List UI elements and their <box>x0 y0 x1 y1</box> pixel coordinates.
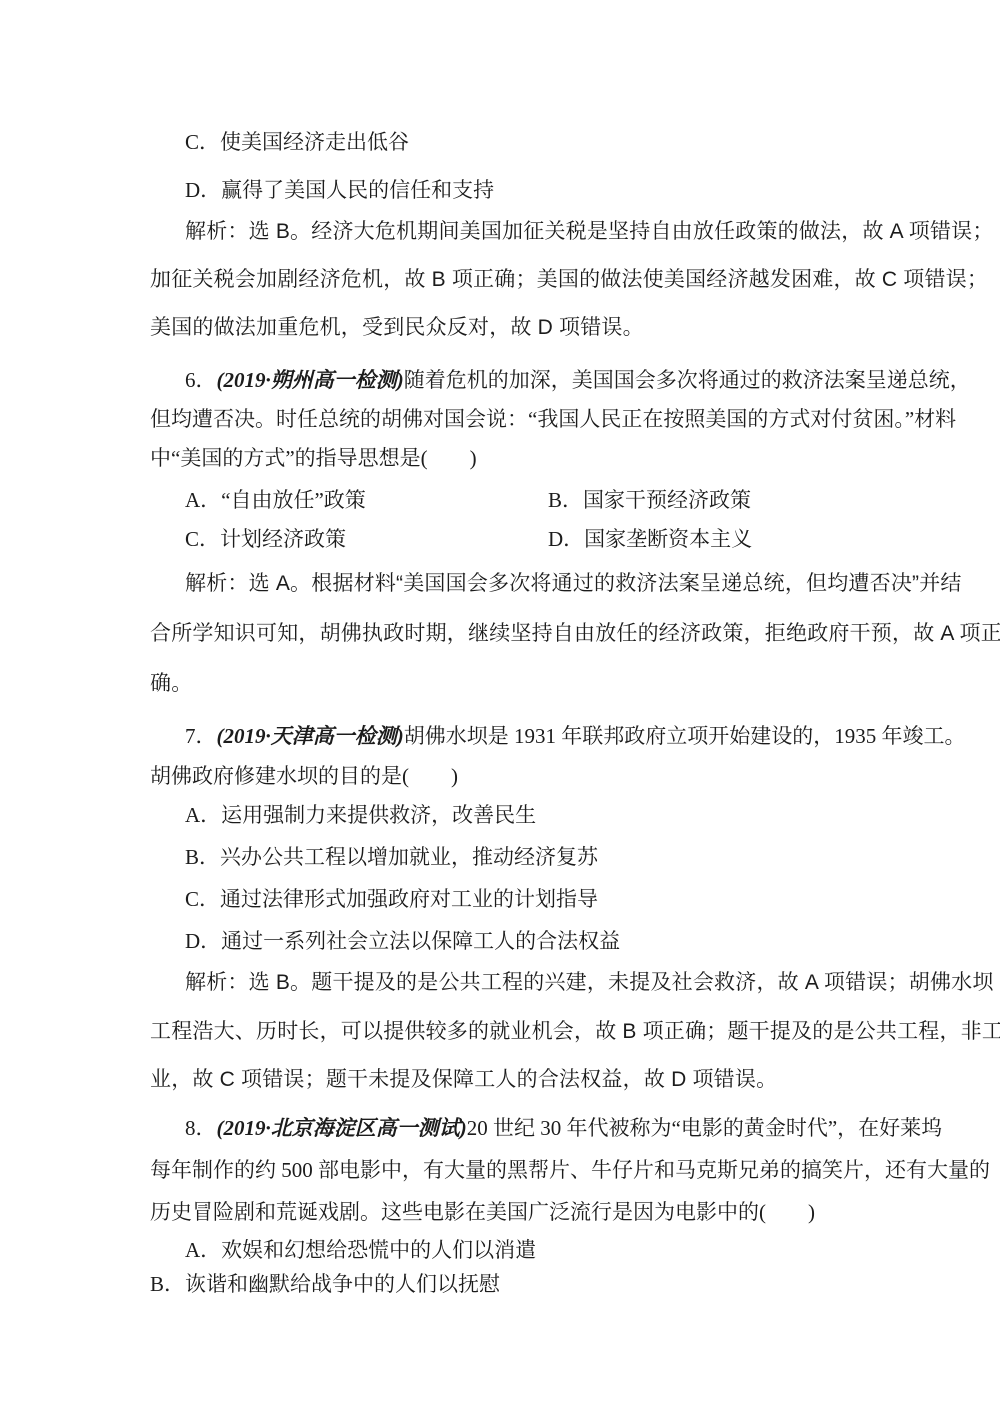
q5-analysis-line-1: 解析：选 B。经济大危机期间美国加征关税是坚持自由放任政策的做法，故 A 项错误… <box>150 218 897 246</box>
q7-analysis-line-2: 工程浩大、历时长，可以提供较多的就业机会，故 B 项正确；题干提及的是公共工程，… <box>150 1018 862 1046</box>
q6-option-b: B．国家干预经济政策 <box>548 486 751 514</box>
q7-source-tag: (2019·天津高一检测) <box>217 724 404 748</box>
q8-number: 8． <box>185 1116 217 1140</box>
q6-analysis-line-2: 合所学知识可知，胡佛执政时期，继续坚持自由放任的经济政策，拒绝政府干预，故 A … <box>150 620 862 648</box>
q7-number: 7． <box>185 724 217 748</box>
q8-option-a: A．欢娱和幻想给恐慌中的人们以消遣 <box>150 1236 897 1264</box>
q6-option-a: A．“自由放任”政策 <box>150 488 366 512</box>
q7-option-b: B．兴办公共工程以增加就业，推动经济复苏 <box>150 843 897 871</box>
q6-stem-line-3: 中“美国的方式”的指导思想是( ) <box>150 444 862 472</box>
q7-option-c: C．通过法律形式加强政府对工业的计划指导 <box>150 885 897 913</box>
q8-stem-line-1: 8．(2019·北京海淀区高一测试)20 世纪 30 年代被称为“电影的黄金时代… <box>150 1114 897 1142</box>
q7-stem-text: 胡佛水坝是 1931 年联邦政府立项开始建设的，1935 年竣工。 <box>404 724 966 748</box>
q8-source-tag: (2019·北京海淀区高一测试) <box>217 1116 467 1140</box>
q6-option-c: C．计划经济政策 <box>150 527 346 551</box>
q7-stem-line-1: 7．(2019·天津高一检测)胡佛水坝是 1931 年联邦政府立项开始建设的，1… <box>150 722 897 750</box>
q6-stem-line-2: 但均遭否决。时任总统的胡佛对国会说：“我国人民正在按照美国的方式对付贫困。”材料 <box>150 405 862 433</box>
q6-analysis-line-3: 确。 <box>150 670 862 698</box>
q6-options-row-2: C．计划经济政策 D．国家垄断资本主义 <box>150 525 862 553</box>
q8-stem-line-2: 每年制作的约 500 部电影中，有大量的黑帮片、牛仔片和马克斯兄弟的搞笑片，还有… <box>150 1156 862 1184</box>
q7-analysis-line-3: 业，故 C 项错误；题干未提及保障工人的合法权益，故 D 项错误。 <box>150 1066 862 1094</box>
q6-analysis-line-1: 解析：选 A。根据材料“美国国会多次将通过的救济法案呈递总统，但均遭否决”并结 <box>150 570 897 598</box>
q8-stem-line-3: 历史冒险剧和荒诞戏剧。这些电影在美国广泛流行是因为电影中的( ) <box>150 1198 862 1226</box>
q7-stem-line-2: 胡佛政府修建水坝的目的是( ) <box>150 762 862 790</box>
q7-analysis-line-1: 解析：选 B。题干提及的是公共工程的兴建，未提及社会救济，故 A 项错误；胡佛水… <box>150 969 897 997</box>
q6-number: 6． <box>185 368 217 392</box>
q6-stem-line-1: 6．(2019·朔州高一检测)随着危机的加深，美国国会多次将通过的救济法案呈递总… <box>150 366 897 394</box>
q6-option-d: D．国家垄断资本主义 <box>548 525 752 553</box>
q5-option-d: D．赢得了美国人民的信任和支持 <box>150 176 897 204</box>
q5-analysis-line-2: 加征关税会加剧经济危机，故 B 项正确；美国的做法使美国经济越发困难，故 C 项… <box>150 266 862 294</box>
q8-stem-text: 20 世纪 30 年代被称为“电影的黄金时代”，在好莱坞 <box>467 1116 942 1140</box>
exam-answer-page: C．使美国经济走出低谷 D．赢得了美国人民的信任和支持 解析：选 B。经济大危机… <box>0 0 1000 1414</box>
q5-analysis-line-3: 美国的做法加重危机，受到民众反对，故 D 项错误。 <box>150 314 862 342</box>
q6-options-row-1: A．“自由放任”政策 B．国家干预经济政策 <box>150 486 862 514</box>
q5-option-c: C．使美国经济走出低谷 <box>150 128 897 156</box>
q7-option-d: D．通过一系列社会立法以保障工人的合法权益 <box>150 927 897 955</box>
q8-option-b: B．诙谐和幽默给战争中的人们以抚慰 <box>150 1270 862 1298</box>
q7-option-a: A．运用强制力来提供救济，改善民生 <box>150 801 897 829</box>
q6-stem-text: 随着危机的加深，美国国会多次将通过的救济法案呈递总统， <box>404 368 971 392</box>
q6-source-tag: (2019·朔州高一检测) <box>217 368 404 392</box>
